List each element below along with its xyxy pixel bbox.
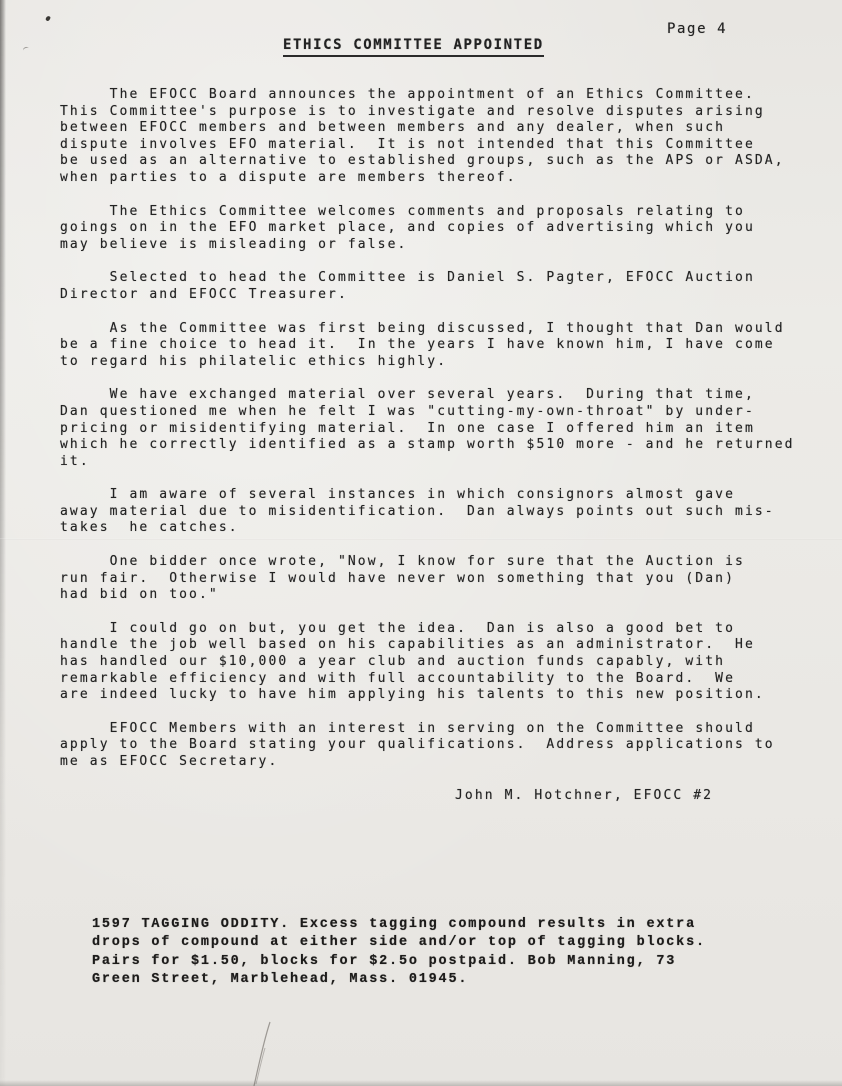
scanned-document-page: Page 4 ETHICS COMMITTEE APPOINTED The EF… [0,0,842,1086]
paper-speck [22,46,29,53]
page-title: ETHICS COMMITTEE APPOINTED [283,37,544,57]
paper-speck [45,15,51,21]
paragraph: The Ethics Committee welcomes comments a… [60,204,830,254]
paragraph: One bidder once wrote, "Now, I know for … [60,554,830,604]
pencil-mark [240,1010,300,1086]
scan-edge-shadow [0,0,6,1086]
paragraph: As the Committee was first being discuss… [60,321,830,371]
advertisement-text: 1597 TAGGING ODDITY. Excess tagging comp… [92,916,742,990]
paragraph: The EFOCC Board announces the appointmen… [60,87,830,187]
paragraph: We have exchanged material over several … [60,387,830,470]
article-body: The EFOCC Board announces the appointmen… [60,87,830,821]
paragraph: I could go on but, you get the idea. Dan… [60,621,830,704]
paragraph: Selected to head the Committee is Daniel… [60,270,830,303]
scan-bottom-shadow [0,1080,842,1086]
page-number: Page 4 [667,21,727,37]
paragraph: I am aware of several instances in which… [60,487,830,537]
paragraph: EFOCC Members with an interest in servin… [60,721,830,771]
signature-line: John M. Hotchner, EFOCC #2 [60,788,830,805]
page-title-container: ETHICS COMMITTEE APPOINTED [283,34,544,57]
